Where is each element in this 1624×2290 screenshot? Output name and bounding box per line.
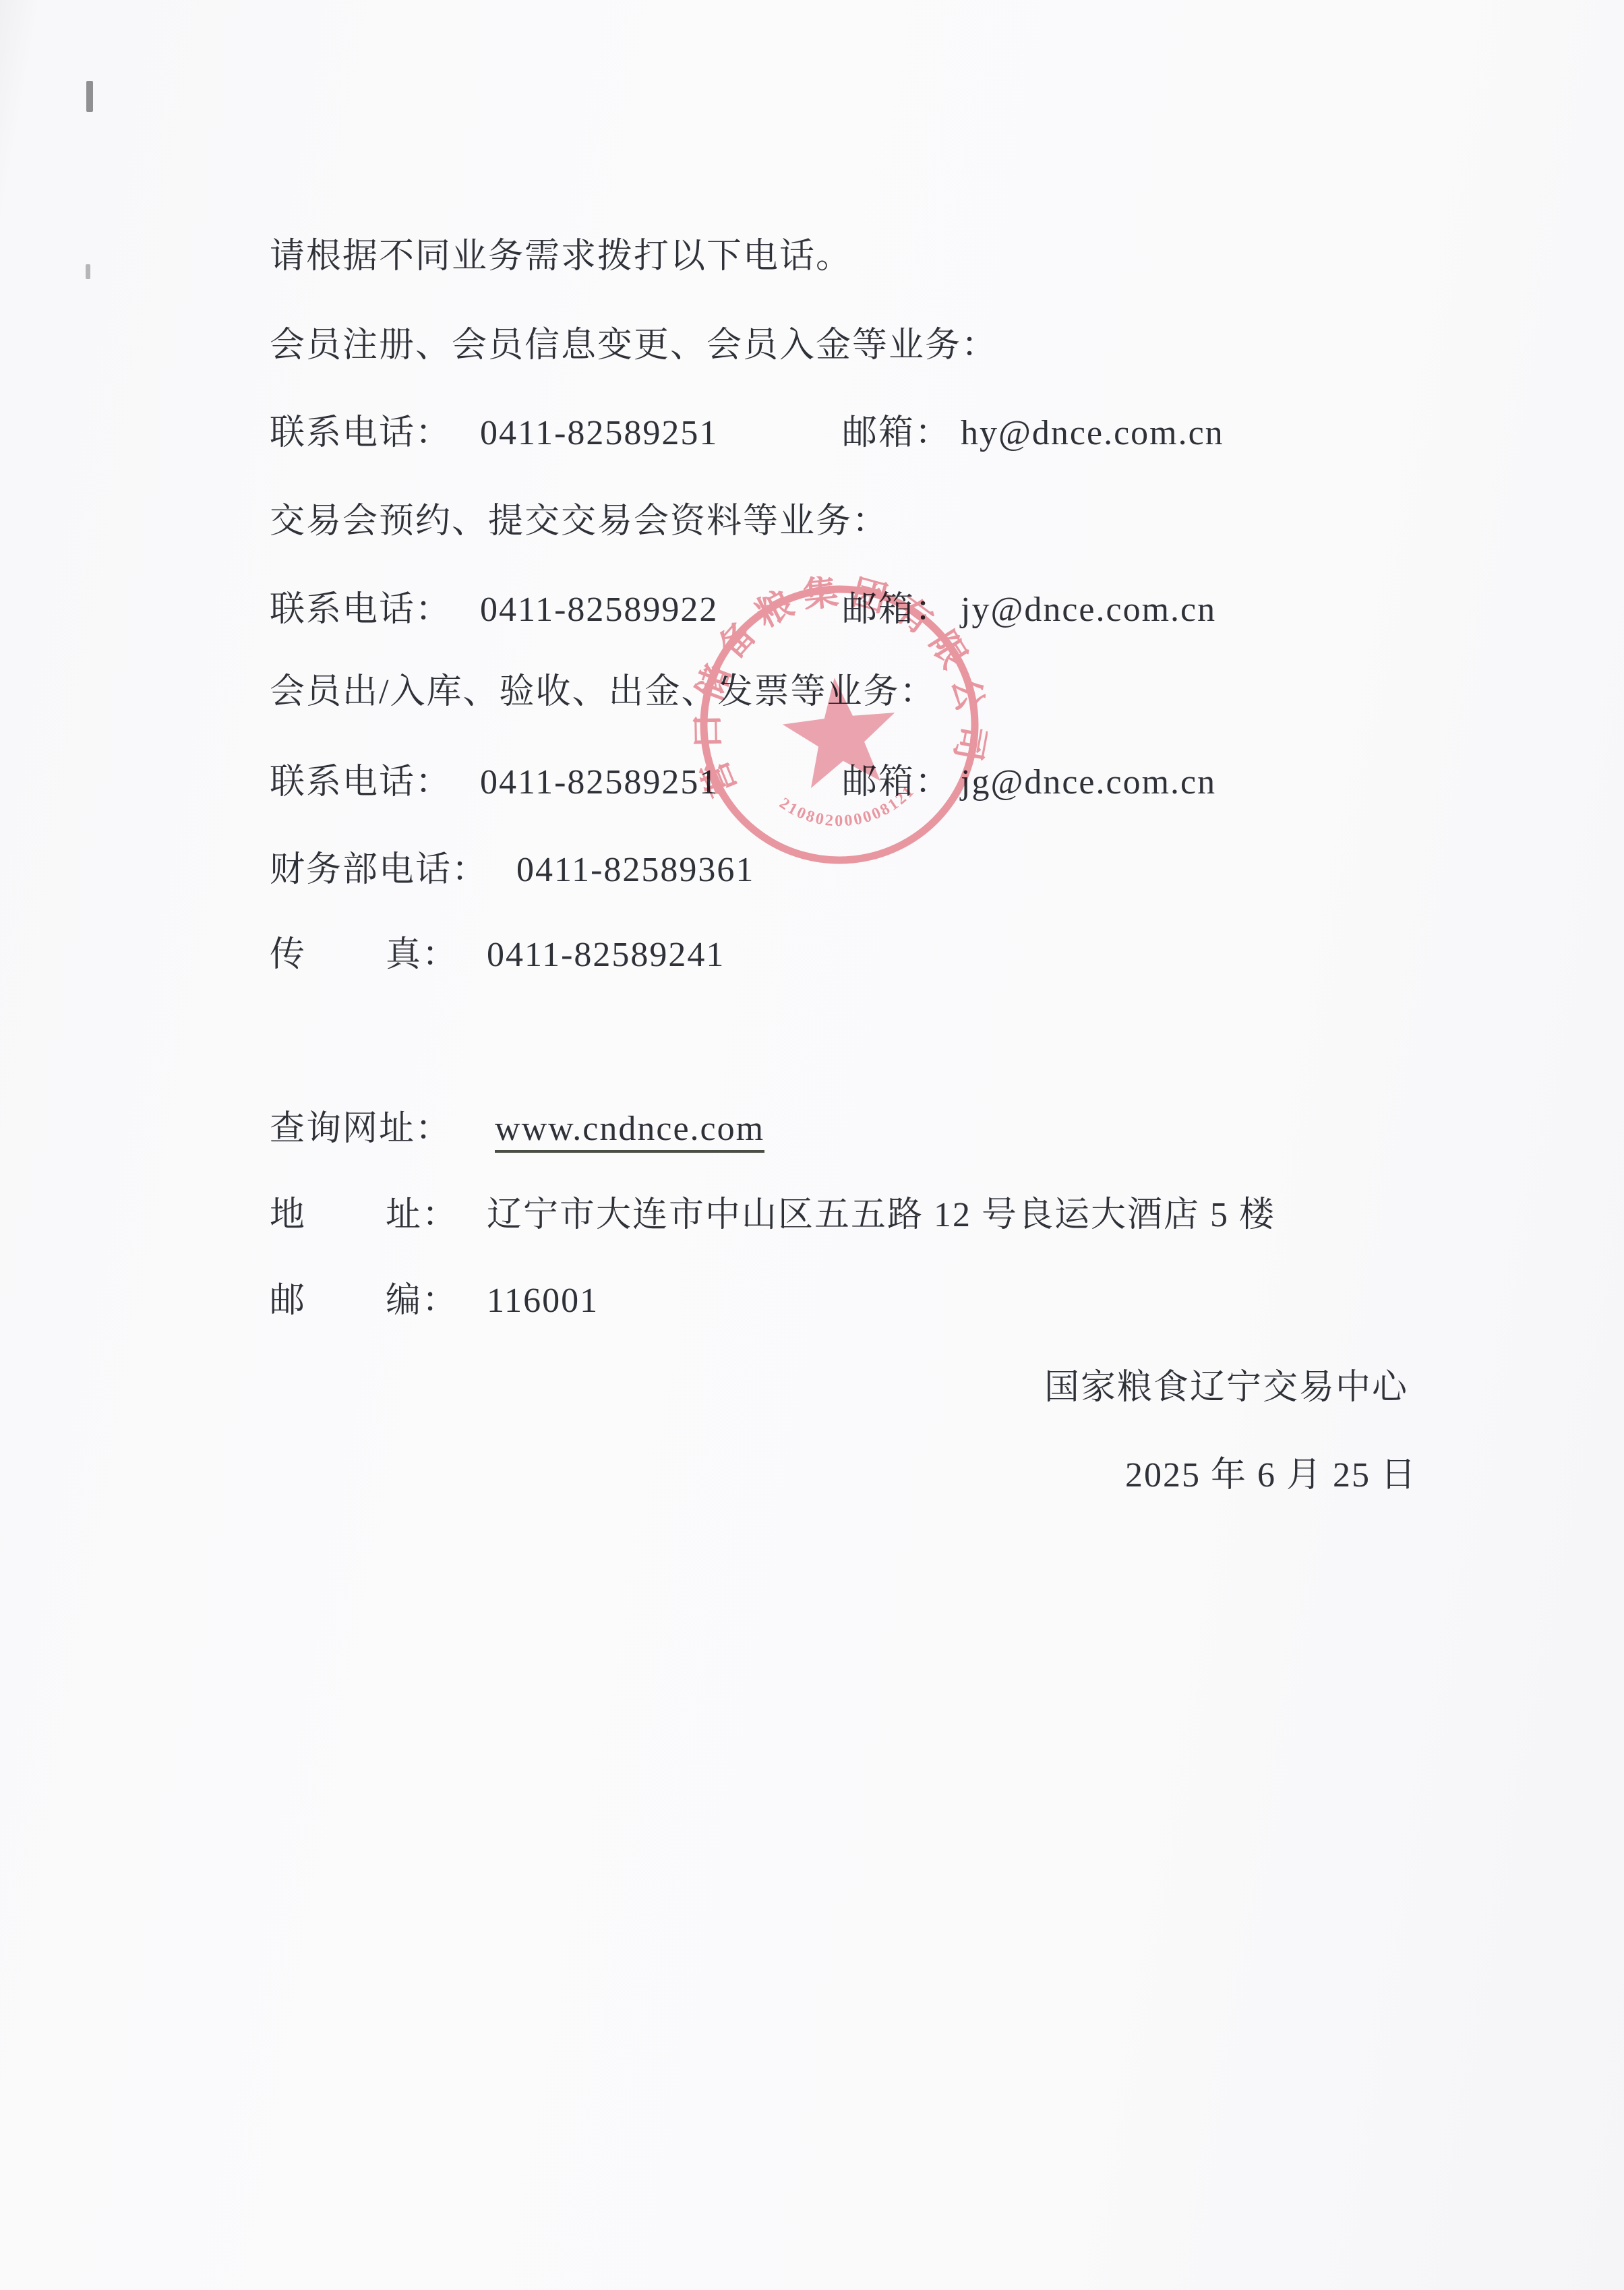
website-url: www.cndnce.com bbox=[495, 1111, 764, 1153]
phone-number: 0411-82589251 bbox=[480, 763, 718, 802]
postcode-label-rest: 编： bbox=[386, 1282, 458, 1320]
email-address: hy@dnce.com.cn bbox=[961, 414, 1224, 452]
scan-artifact bbox=[86, 81, 93, 112]
letter-body: 请根据不同业务需求拨打以下电话。 会员注册、会员信息变更、会员入金等业务： 联系… bbox=[229, 0, 1510, 2290]
intro-text: 请根据不同业务需求拨打以下电话。 bbox=[270, 237, 852, 276]
fax-number: 0411-82589241 bbox=[487, 936, 725, 974]
signature-org-text: 国家粮食辽宁交易中心 bbox=[1044, 1368, 1408, 1407]
signature-date: 2025 年 6 月 25 日 bbox=[1085, 1413, 1417, 1539]
phone-label: 联系电话： bbox=[270, 414, 452, 452]
website-label: 查询网址： bbox=[270, 1110, 452, 1148]
fax-label-rest: 真： bbox=[386, 936, 458, 974]
fax-line: 传真：0411-82589241 bbox=[229, 893, 725, 1019]
postcode-label-char: 邮 bbox=[270, 1282, 306, 1320]
finance-phone-label: 财务部电话： bbox=[270, 851, 488, 889]
address-label-rest: 址： bbox=[386, 1196, 458, 1234]
postcode-line: 邮编：116001 bbox=[229, 1238, 599, 1364]
scan-artifact bbox=[86, 264, 90, 279]
address-label-char: 地 bbox=[270, 1196, 306, 1234]
group1-heading-text: 会员注册、会员信息变更、会员入金等业务： bbox=[270, 326, 998, 365]
phone-label: 联系电话： bbox=[270, 763, 452, 802]
signature-date-text: 2025 年 6 月 25 日 bbox=[1125, 1456, 1417, 1495]
fax-label-char: 传 bbox=[270, 936, 306, 974]
email-address: jy@dnce.com.cn bbox=[961, 591, 1216, 629]
seal-star-icon bbox=[778, 672, 901, 791]
phone-number: 0411-82589922 bbox=[480, 591, 718, 629]
group2-heading-text: 交易会预约、提交交易会资料等业务： bbox=[270, 502, 889, 541]
postcode-value: 116001 bbox=[487, 1282, 599, 1320]
company-seal-stamp: 营口储备粮集团有限公司 210802000008121 bbox=[691, 576, 988, 873]
seal-serial-holder: 210802000008121 bbox=[775, 781, 922, 837]
email-address: jg@dnce.com.cn bbox=[961, 763, 1216, 802]
address-value: 辽宁市大连市中山区五五路 12 号良运大酒店 5 楼 bbox=[487, 1196, 1275, 1234]
email-label: 邮箱： bbox=[842, 414, 951, 452]
phone-label: 联系电话： bbox=[270, 591, 452, 629]
phone-number: 0411-82589251 bbox=[480, 414, 718, 452]
seal-serial-number: 210802000008121 bbox=[775, 781, 922, 837]
